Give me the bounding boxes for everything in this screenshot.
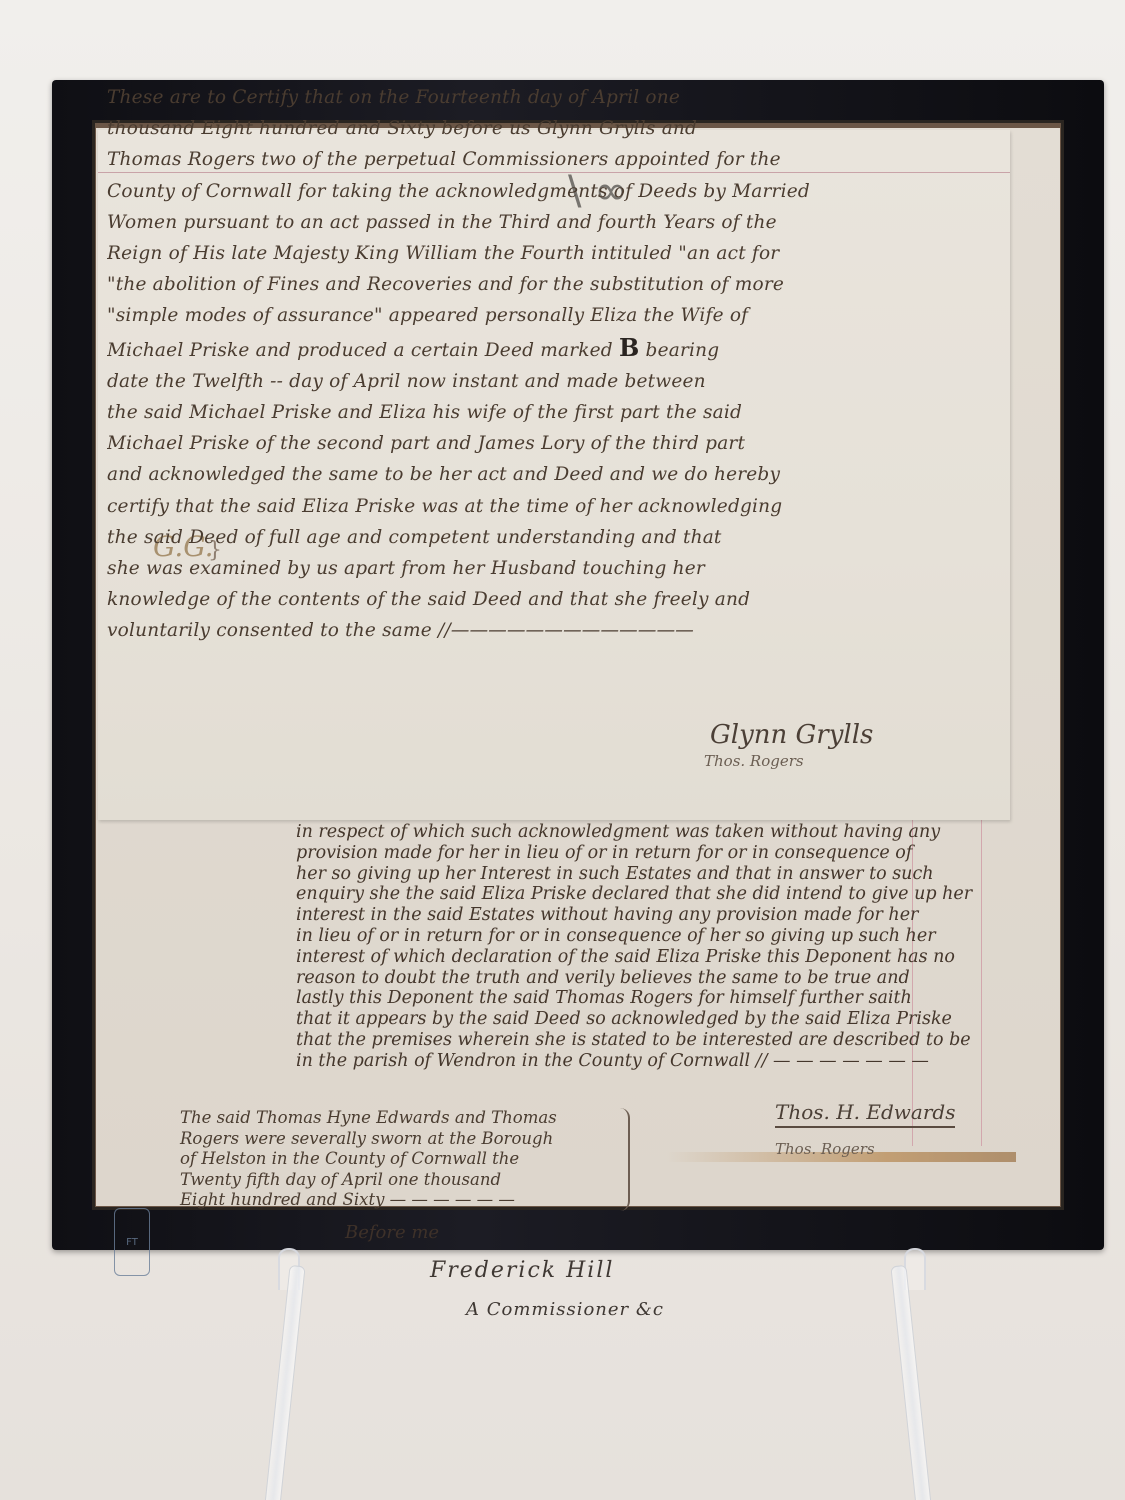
signature-glynn-grylls: Glynn Grylls — [710, 720, 873, 750]
certificate-line: date the Twelfth -- day of April now ins… — [107, 366, 897, 397]
certificate-line: Reign of His late Majesty King William t… — [107, 238, 897, 269]
affidavit-line: interest in the said Estates without hav… — [296, 905, 1036, 926]
affidavit-line: in lieu of or in return for or in conseq… — [296, 926, 1036, 947]
jurat-line: Twenty fifth day of April one thousand — [180, 1170, 620, 1191]
jurat-line: of Helston in the County of Cornwall the — [180, 1149, 620, 1170]
certificate-line: Thomas Rogers two of the perpetual Commi… — [107, 144, 897, 175]
affidavit-line: interest of which declaration of the sai… — [296, 947, 1036, 968]
certificate-line: certify that the said Eliza Priske was a… — [107, 491, 897, 522]
before-me-label: Before me — [345, 1222, 439, 1243]
affidavit-line: lastly this Deponent the said Thomas Rog… — [296, 988, 1036, 1009]
affidavit-line: her so giving up her Interest in such Es… — [296, 864, 1036, 885]
affidavit-line: reason to doubt the truth and verily bel… — [296, 968, 1036, 989]
certificate-line: voluntarily consented to the same //————… — [107, 615, 897, 646]
certificate-line: she was examined by us apart from her Hu… — [107, 553, 897, 584]
commissioner-signature: Frederick Hill A Commissioner &c — [430, 1258, 664, 1320]
certificate-line: County of Cornwall for taking the acknow… — [107, 176, 897, 207]
jurat-line: The said Thomas Hyne Edwards and Thomas — [180, 1108, 620, 1129]
signature-thos-rogers: Thos. Rogers — [775, 1140, 955, 1158]
affidavit-body: in respect of which such acknowledgment … — [296, 822, 1036, 1072]
certificate-line-text: Michael Priske and produced a certain De… — [107, 340, 613, 361]
display-stand-leg-right — [890, 1265, 931, 1500]
affidavit-signatures: Thos. H. Edwards Thos. Rogers — [775, 1100, 955, 1158]
certificate-line: the said Deed of full age and competent … — [107, 522, 897, 553]
signature-thos-h-edwards: Thos. H. Edwards — [775, 1100, 955, 1128]
certificate-line: thousand Eight hundred and Sixty before … — [107, 113, 897, 144]
display-stand-leg-left — [264, 1265, 305, 1500]
affidavit-line: in respect of which such acknowledgment … — [296, 822, 1036, 843]
affidavit-line: in the parish of Wendron in the County o… — [296, 1051, 1036, 1072]
blue-ink-stamp: FT — [114, 1208, 150, 1276]
commissioner-title: A Commissioner &c — [466, 1299, 664, 1320]
certificate-signatures: Glynn Grylls Thos. Rogers — [710, 720, 873, 770]
certificate-line: and acknowledged the same to be her act … — [107, 459, 897, 490]
affidavit-line: provision made for her in lieu of or in … — [296, 843, 1036, 864]
certificate-line: Women pursuant to an act passed in the T… — [107, 207, 897, 238]
certificate-line: knowledge of the contents of the said De… — [107, 584, 897, 615]
certificate-line: "simple modes of assurance" appeared per… — [107, 300, 897, 331]
certificate-line: "the abolition of Fines and Recoveries a… — [107, 269, 897, 300]
signature-thos-rogers: Thos. Rogers — [704, 752, 873, 770]
affidavit-line: that the premises wherein she is stated … — [296, 1030, 1036, 1051]
jurat-block: The said Thomas Hyne Edwards and Thomas … — [180, 1108, 630, 1211]
affidavit-line: that it appears by the said Deed so ackn… — [296, 1009, 1036, 1030]
certificate-body: These are to Certify that on the Fourtee… — [107, 82, 897, 647]
jurat-line: Rogers were severally sworn at the Borou… — [180, 1129, 620, 1150]
certificate-line-deed-mark: Michael Priske and produced a certain De… — [107, 332, 897, 366]
commissioner-name: Frederick Hill — [430, 1258, 664, 1283]
certificate-line: Michael Priske of the second part and Ja… — [107, 428, 897, 459]
certificate-line: These are to Certify that on the Fourtee… — [107, 82, 897, 113]
deed-mark-suffix: bearing — [646, 340, 720, 361]
affidavit-line: enquiry she the said Eliza Priske declar… — [296, 884, 1036, 905]
jurat-line: Eight hundred and Sixty — — — — — — — [180, 1190, 620, 1211]
deed-mark-letter: B — [619, 333, 640, 362]
certificate-line: the said Michael Priske and Eliza his wi… — [107, 397, 897, 428]
